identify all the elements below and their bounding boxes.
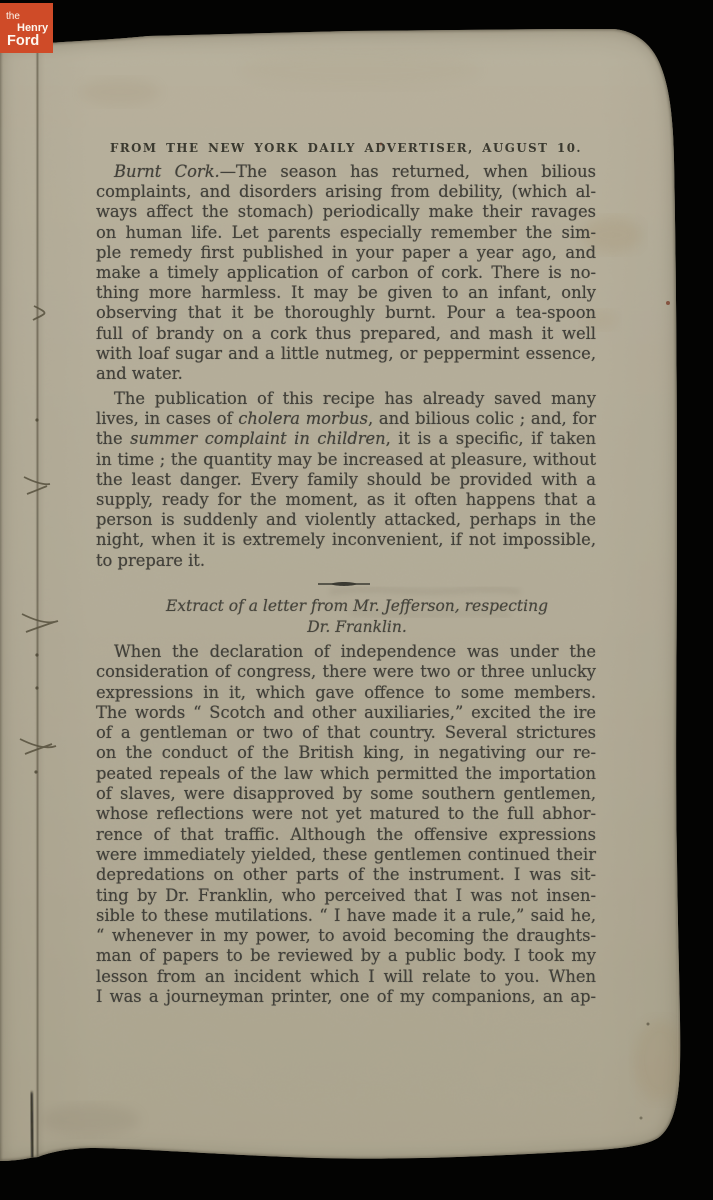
text-line: night, when it is extremely inconvenient… xyxy=(96,530,596,550)
text-line: on human life. Let parents especially re… xyxy=(96,223,596,243)
text-line: thing more harmless. It may be given to … xyxy=(96,283,596,303)
article1-paragraph2: The publication of this recipe has alrea… xyxy=(96,389,596,571)
article2-paragraph1: When the declaration of independence was… xyxy=(96,642,596,1007)
article-source-header: FROM THE NEW YORK DAILY ADVERTISER, AUGU… xyxy=(96,141,596,155)
text-line: complaints, and disorders arising from d… xyxy=(96,182,596,202)
text-line: ple remedy first published in your paper… xyxy=(96,243,596,263)
section-divider xyxy=(318,573,370,581)
text-line: whose reflections were not yet matured t… xyxy=(96,804,596,824)
article2-heading: Extract of a letter from Mr. Jefferson, … xyxy=(96,596,596,638)
text-line: rence of that traffic. Although the offe… xyxy=(96,825,596,845)
logo-word-ford: Ford xyxy=(7,34,39,49)
article2-heading-line1: Extract of a letter from Mr. Jefferson, … xyxy=(118,596,596,617)
text-line: depredations on other parts of the instr… xyxy=(96,865,596,885)
text-line: man of papers to be reviewed by a public… xyxy=(96,946,596,966)
henry-ford-logo: the Henry Ford xyxy=(0,3,53,53)
text-line: ways affect the stomach) periodically ma… xyxy=(96,202,596,222)
text-line: were immediately yielded, these gentleme… xyxy=(96,845,596,865)
text-line: full of brandy on a cork thus prepared, … xyxy=(96,324,596,344)
printer-rule-icon xyxy=(318,580,370,588)
page-text-column: FROM THE NEW YORK DAILY ADVERTISER, AUGU… xyxy=(96,0,596,1200)
text-line: of a gentleman or two of that country. S… xyxy=(96,723,596,743)
text-line: Burnt Cork.—The season has returned, whe… xyxy=(96,162,596,182)
text-line: the summer complaint in children, it is … xyxy=(96,429,596,449)
text-line: to prepare it. xyxy=(96,551,596,571)
text-line: with loaf sugar and a little nutmeg, or … xyxy=(96,344,596,364)
text-line: person is suddenly and violently attacke… xyxy=(96,510,596,530)
scan-canvas: the Henry Ford FROM THE NEW YORK DAILY A… xyxy=(0,0,713,1200)
text-line: in time ; the quantity may be increased … xyxy=(96,450,596,470)
text-line: make a timely application of carbon of c… xyxy=(96,263,596,283)
text-line: of slaves, were disapproved by some sout… xyxy=(96,784,596,804)
text-line: the least danger. Every family should be… xyxy=(96,470,596,490)
text-line: observing that it be thoroughly burnt. P… xyxy=(96,303,596,323)
logo-word-the: the xyxy=(6,12,20,22)
text-line: ting by Dr. Franklin, who perceived that… xyxy=(96,886,596,906)
bottom-left-gap xyxy=(31,1092,33,1160)
text-line: peated repeals of the law which permitte… xyxy=(96,764,596,784)
text-line: supply, ready for the moment, as it ofte… xyxy=(96,490,596,510)
text-line: “ whenever in my power, to avoid becomin… xyxy=(96,926,596,946)
text-line: consideration of congress, there were tw… xyxy=(96,662,596,682)
article1-paragraph1: Burnt Cork.—The season has returned, whe… xyxy=(96,162,596,384)
text-line: on the conduct of the British king, in n… xyxy=(96,743,596,763)
text-line: When the declaration of independence was… xyxy=(96,642,596,662)
text-line: lives, in cases of cholera morbus, and b… xyxy=(96,409,596,429)
text-line: The publication of this recipe has alrea… xyxy=(96,389,596,409)
text-line: lesson from an incident which I will rel… xyxy=(96,967,596,987)
text-line: and water. xyxy=(96,364,596,384)
text-line: sible to these mutilations. “ I have mad… xyxy=(96,906,596,926)
gutter-crease-soft xyxy=(37,44,38,1157)
text-line: The words “ Scotch and other auxiliaries… xyxy=(96,703,596,723)
article2-heading-line2: Dr. Franklin. xyxy=(118,617,596,638)
text-line: I was a journeyman printer, one of my co… xyxy=(96,987,596,1007)
text-line: expressions in it, which gave offence to… xyxy=(96,683,596,703)
